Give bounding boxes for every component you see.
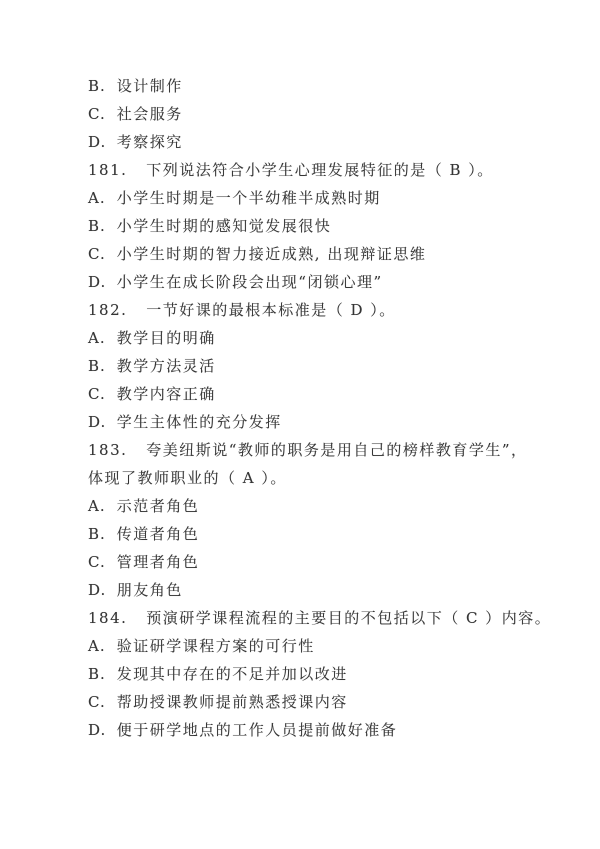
answer-option: A. 示范者角色: [88, 492, 564, 520]
option-text: 发现其中存在的不足并加以改进: [117, 665, 348, 683]
option-label: C.: [88, 688, 112, 716]
answer-option: D. 考察探究: [88, 128, 564, 156]
answer-option: C. 管理者角色: [88, 548, 564, 576]
answer-option: C. 帮助授课教师提前熟悉授课内容: [88, 688, 564, 716]
option-text: 教学内容正确: [117, 385, 216, 403]
question-number: 181.: [88, 156, 127, 184]
answer-option: B. 发现其中存在的不足并加以改进: [88, 660, 564, 688]
option-text: 示范者角色: [117, 497, 200, 515]
option-text: 小学生时期是一个半幼稚半成熟时期: [117, 189, 381, 207]
option-text: 传道者角色: [117, 525, 200, 543]
question-number: 182.: [88, 296, 127, 324]
answer-option: B. 设计制作: [88, 72, 564, 100]
option-text: 帮助授课教师提前熟悉授课内容: [117, 693, 348, 711]
answer-option: C. 小学生时期的智力接近成熟, 出现辩证思维: [88, 240, 564, 268]
answer-option: C. 教学内容正确: [88, 380, 564, 408]
option-label: C.: [88, 548, 112, 576]
question-text: 夸美纽斯说“教师的职务是用自己的榜样教育学生”，: [146, 441, 527, 459]
option-label: D.: [88, 408, 112, 436]
option-label: D.: [88, 576, 112, 604]
option-text: 教学目的明确: [117, 329, 216, 347]
option-label: B.: [88, 660, 112, 688]
option-text: 考察探究: [117, 133, 183, 151]
option-text: 设计制作: [117, 77, 183, 95]
question-stem: 184. 预演研学课程流程的主要目的不包括以下（ C ）内容。: [88, 604, 564, 632]
question-number: 184.: [88, 604, 127, 632]
answer-option: D. 学生主体性的充分发挥: [88, 408, 564, 436]
option-text: 社会服务: [117, 105, 183, 123]
answer-option: B. 传道者角色: [88, 520, 564, 548]
option-text: 小学生在成长阶段会出现“闭锁心理”: [117, 273, 383, 291]
question-text: 体现了教师职业的（ A ）。: [88, 469, 287, 487]
option-label: C.: [88, 240, 112, 268]
question-stem-continued: 体现了教师职业的（ A ）。: [88, 464, 564, 492]
option-text: 学生主体性的充分发挥: [117, 413, 282, 431]
option-text: 便于研学地点的工作人员提前做好准备: [117, 721, 398, 739]
option-text: 管理者角色: [117, 553, 200, 571]
answer-option: B. 教学方法灵活: [88, 352, 564, 380]
question-text: 一节好课的最根本标准是（ D ）。: [146, 301, 396, 319]
option-label: D.: [88, 268, 112, 296]
option-label: C.: [88, 380, 112, 408]
question-stem: 181. 下列说法符合小学生心理发展特征的是（ B ）。: [88, 156, 564, 184]
answer-option: C. 社会服务: [88, 100, 564, 128]
option-text: 小学生时期的感知觉发展很快: [117, 217, 332, 235]
exam-document-page: B. 设计制作 C. 社会服务 D. 考察探究 181. 下列说法符合小学生心理…: [0, 0, 600, 849]
answer-option: B. 小学生时期的感知觉发展很快: [88, 212, 564, 240]
option-label: A.: [88, 492, 112, 520]
option-label: B.: [88, 352, 112, 380]
answer-option: A. 教学目的明确: [88, 324, 564, 352]
option-label: B.: [88, 520, 112, 548]
option-label: A.: [88, 184, 112, 212]
question-stem: 183. 夸美纽斯说“教师的职务是用自己的榜样教育学生”，: [88, 436, 564, 464]
option-text: 验证研学课程方案的可行性: [117, 637, 315, 655]
answer-option: A. 小学生时期是一个半幼稚半成熟时期: [88, 184, 564, 212]
question-number: 183.: [88, 436, 127, 464]
option-label: A.: [88, 324, 112, 352]
option-text: 小学生时期的智力接近成熟, 出现辩证思维: [117, 245, 427, 263]
option-text: 朋友角色: [117, 581, 183, 599]
option-label: B.: [88, 212, 112, 240]
option-label: D.: [88, 128, 112, 156]
option-label: A.: [88, 632, 112, 660]
question-text: 下列说法符合小学生心理发展特征的是（ B ）。: [146, 161, 494, 179]
question-text: 预演研学课程流程的主要目的不包括以下（ C ）内容。: [146, 609, 551, 627]
option-text: 教学方法灵活: [117, 357, 216, 375]
answer-option: D. 小学生在成长阶段会出现“闭锁心理”: [88, 268, 564, 296]
answer-option: D. 朋友角色: [88, 576, 564, 604]
question-stem: 182. 一节好课的最根本标准是（ D ）。: [88, 296, 564, 324]
option-label: D.: [88, 716, 112, 744]
answer-option: D. 便于研学地点的工作人员提前做好准备: [88, 716, 564, 744]
answer-option: A. 验证研学课程方案的可行性: [88, 632, 564, 660]
option-label: C.: [88, 100, 112, 128]
option-label: B.: [88, 72, 112, 100]
